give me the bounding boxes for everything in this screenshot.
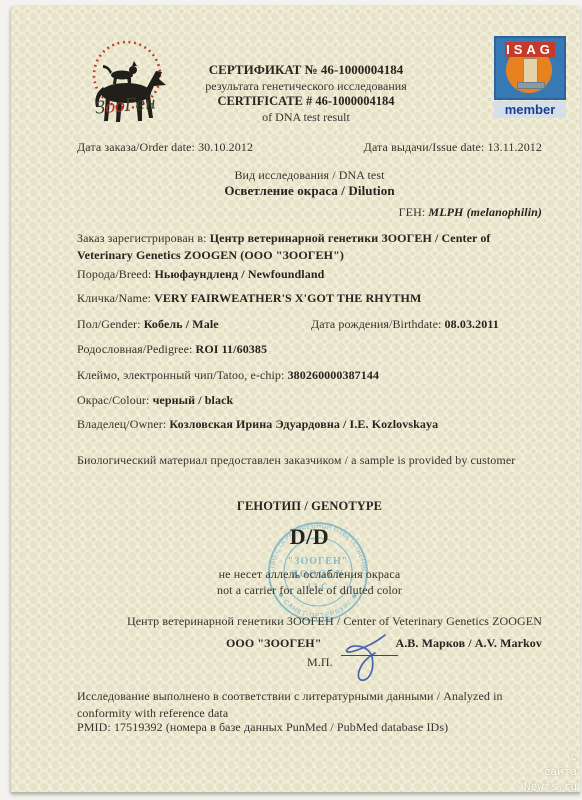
isag-monument-base xyxy=(517,82,545,89)
certificate-title-en: CERTIFICATE # 46-1000004184 xyxy=(161,94,451,109)
signer-name: А.В. Марков / A.V. Markov xyxy=(395,635,542,651)
colour-field: Окрас/Colour: черный / black xyxy=(77,392,542,408)
issue-date-label: Дата выдачи/Issue date: xyxy=(364,140,485,154)
scan-background: { "document": { "title_ru": "СЕРТИФИКАТ … xyxy=(0,0,582,800)
gene-label: ГЕН: xyxy=(399,205,426,219)
gene-value: MLPH (melanophilin) xyxy=(428,205,542,219)
colour-label: Окрас/Colour: xyxy=(77,393,149,407)
mp-label: М.П. xyxy=(307,654,333,670)
birthdate-field: Дата рождения/Birthdate: 08.03.2011 xyxy=(311,316,499,332)
test-kind-line: Вид исследования / DNA test xyxy=(77,167,542,183)
issue-date: Дата выдачи/Issue date: 13.11.2012 xyxy=(364,139,542,155)
signature-scribble xyxy=(333,630,407,686)
birthdate-label: Дата рождения/Birthdate: xyxy=(311,317,441,331)
registered-field: Заказ зарегистрирован в: Центр ветеринар… xyxy=(77,230,542,264)
certificate-subtitle-en: of DNA test result xyxy=(161,110,451,125)
isag-title: ISAG xyxy=(496,42,564,57)
chip-label: Клеймо, электронный чип/Tatoo, e-chip: xyxy=(77,368,284,382)
order-date-value: 30.10.2012 xyxy=(198,140,253,154)
breed-label: Порода/Breed: xyxy=(77,267,151,281)
gene-line: ГЕН: MLPH (melanophilin) xyxy=(77,204,542,220)
registered-label: Заказ зарегистрирован в: xyxy=(77,231,207,245)
colour-value: черный / black xyxy=(153,393,234,407)
dates-row: Дата заказа/Order date: 30.10.2012 Дата … xyxy=(77,139,542,155)
conformity-note: Исследование выполнено в соответствии с … xyxy=(77,688,548,721)
gender-label: Пол/Gender: xyxy=(77,317,141,331)
isag-member-logo: ISAG member xyxy=(494,36,566,118)
test-name-line: Осветление окраса / Dilution xyxy=(77,183,542,199)
owner-label: Владелец/Owner: xyxy=(77,417,166,431)
gender-birthdate-row: Пол/Gender: Кобель / Male Дата рождения/… xyxy=(77,316,542,332)
breed-value: Ньюфаундленд / Newfoundland xyxy=(154,267,324,281)
gender-value: Кобель / Male xyxy=(144,317,219,331)
llc-label: ООО "ЗООГЕН" xyxy=(226,635,322,651)
sample-note: Биологический материал предоставлен зака… xyxy=(77,452,542,468)
pedigree-value: ROI 11/60385 xyxy=(196,342,268,356)
isag-monument-icon xyxy=(523,58,538,84)
dog-name-label: Кличка/Name: xyxy=(77,291,151,305)
issue-date-value: 13.11.2012 xyxy=(487,140,542,154)
genotype-desc-en: not a carrier for allele of diluted colo… xyxy=(77,582,542,598)
order-date-label: Дата заказа/Order date: xyxy=(77,140,195,154)
breed-field: Порода/Breed: Ньюфаундленд / Newfoundlan… xyxy=(77,266,542,282)
owner-value: Козловская Ирина Эдуардовна / I.E. Kozlo… xyxy=(169,417,438,431)
certificate-page: ЗооГен ISAG member СЕРТИФИКАТ № 46-10000… xyxy=(11,6,580,793)
certificate-title-ru: СЕРТИФИКАТ № 46-1000004184 xyxy=(161,62,451,78)
watermark-line: сайта xyxy=(524,764,577,779)
chip-value: 380260000387144 xyxy=(288,368,380,382)
isag-title-text: ISAG xyxy=(505,42,555,57)
watermark-line: Newfs.ru xyxy=(524,779,577,794)
genotype-desc-ru: не несет аллель ослабления окраса xyxy=(77,566,542,582)
owner-field: Владелец/Owner: Козловская Ирина Эдуардо… xyxy=(77,416,542,432)
pedigree-label: Родословная/Pedigree: xyxy=(77,342,192,356)
pmid-line: PMID: 17519392 (номера в базе данных Pun… xyxy=(77,719,542,735)
site-watermark: с сайта Newfs.ru xyxy=(524,749,577,794)
dog-name-field: Кличка/Name: VERY FAIRWEATHER'S X'GOT TH… xyxy=(77,290,542,306)
birthdate-value: 08.03.2011 xyxy=(445,317,499,331)
isag-member-label: member xyxy=(494,101,566,118)
chip-field: Клеймо, электронный чип/Tatoo, e-chip: 3… xyxy=(77,367,542,383)
zoogen-text-end: Ген xyxy=(124,93,157,116)
isag-blue-square: ISAG xyxy=(494,36,566,100)
dog-name-value: VERY FAIRWEATHER'S X'GOT THE RHYTHM xyxy=(154,291,421,305)
signing-org-line: Центр ветеринарной генетики ЗООГЕН / Cen… xyxy=(77,613,542,629)
certificate-subtitle-ru: результата генетического исследования xyxy=(161,79,451,94)
zoogen-text-accent: оо xyxy=(104,96,125,118)
watermark-line: с xyxy=(524,749,577,764)
genotype-value: D/D xyxy=(77,524,542,550)
pedigree-field: Родословная/Pedigree: ROI 11/60385 xyxy=(77,341,542,357)
